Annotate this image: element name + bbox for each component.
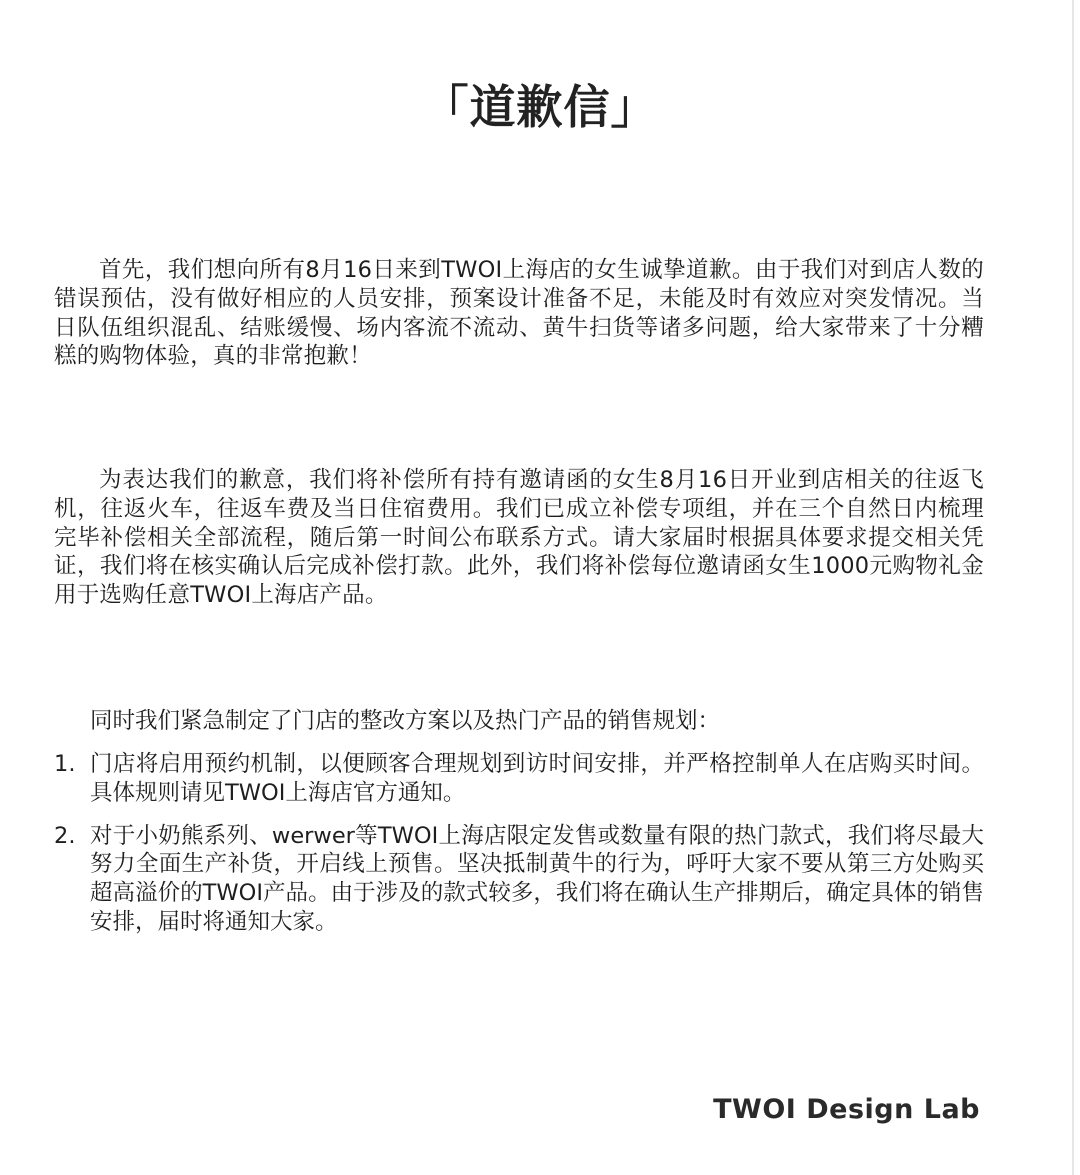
list-intro: 同时我们紧急制定了门店的整改方案以及热门产品的销售规划： [90,707,720,736]
signature: TWOI Design Lab [713,1094,980,1125]
document-title: 「道歉信」 [0,75,1080,139]
list-item-text: 门店将启用预约机制，以便顾客合理规划到访时间安排，并严格控制单人在店购买时间。具… [90,751,984,806]
remediation-list: 1. 门店将启用预约机制，以便顾客合理规划到访时间安排，并严格控制单人在店购买时… [54,750,984,951]
list-item-text: 对于小奶熊系列、werwer等TWOI上海店限定发售或数量有限的热门款式，我们将… [90,823,984,935]
list-item-number: 2. [54,822,75,851]
list-item: 1. 门店将启用预约机制，以便顾客合理规划到访时间安排，并严格控制单人在店购买时… [54,750,984,808]
list-item-number: 1. [54,750,75,779]
page-edge-divider [1072,0,1074,1175]
compensation-paragraph: 为表达我们的歉意，我们将补偿所有持有邀请函的女生8月16日开业到店相关的往返飞机… [54,466,984,610]
list-item: 2. 对于小奶熊系列、werwer等TWOI上海店限定发售或数量有限的热门款式，… [54,822,984,937]
apology-paragraph: 首先，我们想向所有8月16日来到TWOI上海店的女生诚挚道歉。由于我们对到店人数… [54,256,984,371]
